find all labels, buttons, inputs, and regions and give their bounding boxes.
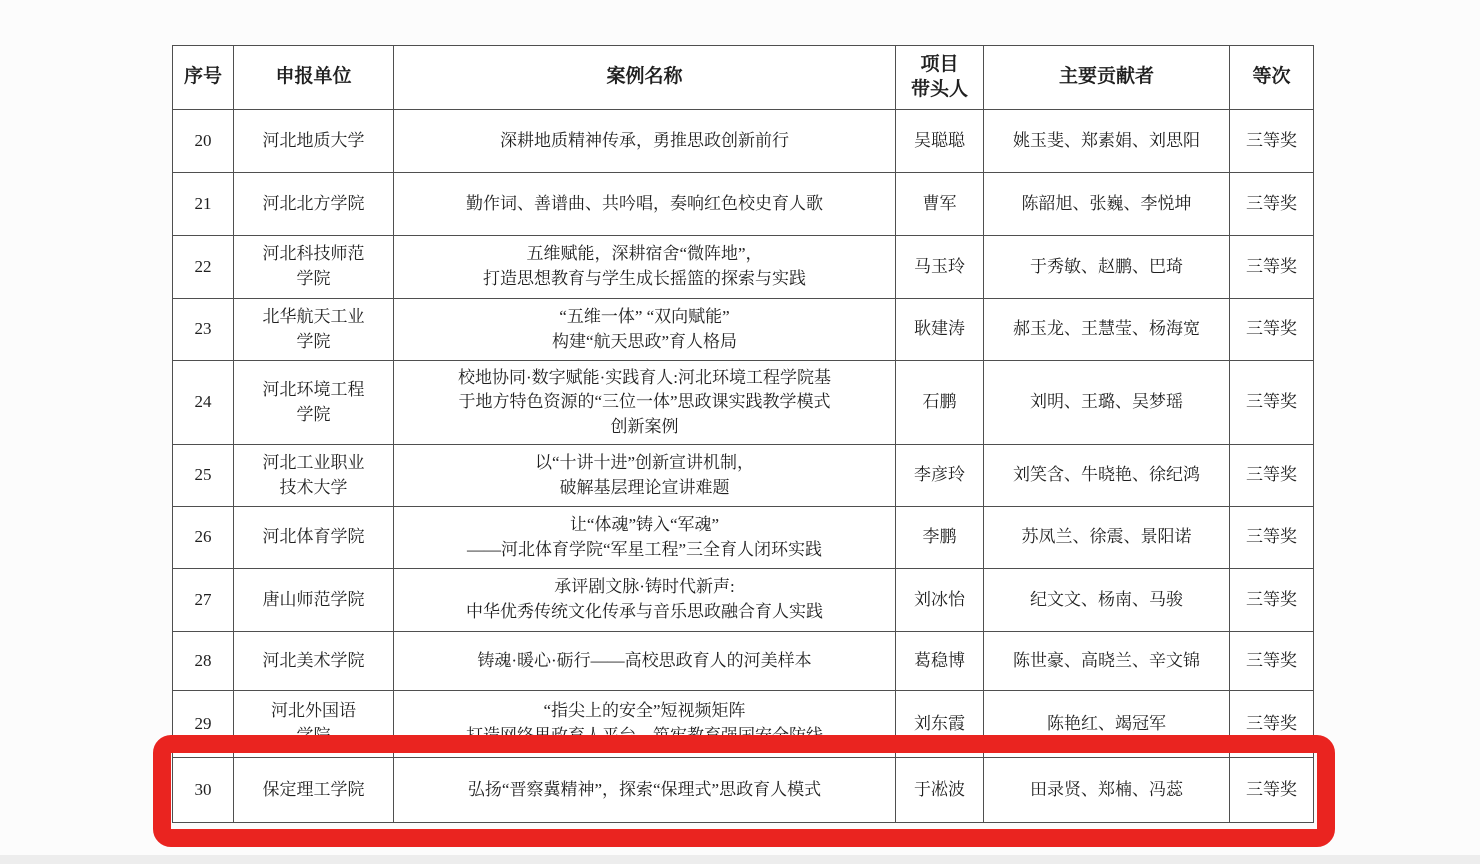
cell-no: 27 [173, 569, 234, 632]
cell-leader: 刘东霞 [896, 691, 984, 758]
cell-grade: 三等奖 [1230, 299, 1314, 361]
cell-unit: 河北体育学院 [234, 507, 394, 569]
cell-leader: 马玉玲 [896, 236, 984, 299]
cell-grade: 三等奖 [1230, 361, 1314, 445]
cell-contributors: 刘明、王璐、吴梦瑶 [984, 361, 1230, 445]
cell-leader: 李彦玲 [896, 445, 984, 507]
cell-case: 以“十讲十进”创新宣讲机制， 破解基层理论宣讲难题 [394, 445, 896, 507]
cell-no: 24 [173, 361, 234, 445]
cell-case: “指尖上的安全”短视频矩阵 打造网络思政育人平台，筑牢教育强国安全防线 [394, 691, 896, 758]
cell-unit: 河北地质大学 [234, 110, 394, 173]
cell-grade: 三等奖 [1230, 569, 1314, 632]
cell-grade: 三等奖 [1230, 632, 1314, 691]
cell-unit: 河北科技师范 学院 [234, 236, 394, 299]
table-row: 25 河北工业职业 技术大学 以“十讲十进”创新宣讲机制， 破解基层理论宣讲难题… [173, 445, 1314, 507]
cell-case: 弘扬“晋察冀精神”，探索“保理式”思政育人模式 [394, 758, 896, 823]
table-row: 22 河北科技师范 学院 五维赋能，深耕宿舍“微阵地”， 打造思想教育与学生成长… [173, 236, 1314, 299]
cell-leader: 吴聪聪 [896, 110, 984, 173]
cell-leader: 李鹏 [896, 507, 984, 569]
table-row: 28 河北美术学院 铸魂·暖心·砺行——高校思政育人的河美样本 葛稳博 陈世豪、… [173, 632, 1314, 691]
cell-unit: 河北美术学院 [234, 632, 394, 691]
cell-leader: 曹军 [896, 173, 984, 236]
awards-table-container: 序号 申报单位 案例名称 项目 带头人 主要贡献者 等次 20 河北地质大学 深… [172, 45, 1313, 823]
cell-leader: 于凇波 [896, 758, 984, 823]
cell-case: 勤作词、善谱曲、共吟唱，奏响红色校史育人歌 [394, 173, 896, 236]
cell-contributors: 于秀敏、赵鹏、巴琦 [984, 236, 1230, 299]
table-row: 21 河北北方学院 勤作词、善谱曲、共吟唱，奏响红色校史育人歌 曹军 陈韶旭、张… [173, 173, 1314, 236]
cell-contributors: 姚玉斐、郑素娟、刘思阳 [984, 110, 1230, 173]
cell-contributors: 刘笑含、牛晓艳、徐纪鸿 [984, 445, 1230, 507]
cell-no: 21 [173, 173, 234, 236]
cell-no: 30 [173, 758, 234, 823]
cell-unit: 河北环境工程 学院 [234, 361, 394, 445]
table-row: 24 河北环境工程 学院 校地协同·数字赋能·实践育人:河北环境工程学院基 于地… [173, 361, 1314, 445]
header-row: 序号 申报单位 案例名称 项目 带头人 主要贡献者 等次 [173, 46, 1314, 110]
cell-grade: 三等奖 [1230, 758, 1314, 823]
cell-no: 29 [173, 691, 234, 758]
cell-leader: 刘冰怡 [896, 569, 984, 632]
cell-case: 校地协同·数字赋能·实践育人:河北环境工程学院基 于地方特色资源的“三位一体”思… [394, 361, 896, 445]
table-row: 29 河北外国语 学院 “指尖上的安全”短视频矩阵 打造网络思政育人平台，筑牢教… [173, 691, 1314, 758]
cell-no: 20 [173, 110, 234, 173]
cell-unit: 河北北方学院 [234, 173, 394, 236]
col-header-contributors: 主要贡献者 [984, 46, 1230, 110]
cell-no: 25 [173, 445, 234, 507]
cell-contributors: 苏凤兰、徐震、景阳诺 [984, 507, 1230, 569]
table-row: 27 唐山师范学院 承评剧文脉·铸时代新声: 中华优秀传统文化传承与音乐思政融合… [173, 569, 1314, 632]
cell-unit: 北华航天工业 学院 [234, 299, 394, 361]
col-header-leader: 项目 带头人 [896, 46, 984, 110]
cell-leader: 耿建涛 [896, 299, 984, 361]
cell-unit: 河北工业职业 技术大学 [234, 445, 394, 507]
awards-table: 序号 申报单位 案例名称 项目 带头人 主要贡献者 等次 20 河北地质大学 深… [172, 45, 1314, 823]
cell-no: 28 [173, 632, 234, 691]
cell-contributors: 陈艳红、竭冠军 [984, 691, 1230, 758]
cell-case: 铸魂·暖心·砺行——高校思政育人的河美样本 [394, 632, 896, 691]
col-header-no: 序号 [173, 46, 234, 110]
cell-contributors: 郝玉龙、王慧莹、杨海宽 [984, 299, 1230, 361]
col-header-case: 案例名称 [394, 46, 896, 110]
table-row: 26 河北体育学院 让“体魂”铸入“军魂” ——河北体育学院“军星工程”三全育人… [173, 507, 1314, 569]
cell-leader: 石鹏 [896, 361, 984, 445]
cell-grade: 三等奖 [1230, 691, 1314, 758]
cell-grade: 三等奖 [1230, 445, 1314, 507]
cell-case: 深耕地质精神传承，勇推思政创新前行 [394, 110, 896, 173]
page-bottom-strip [0, 855, 1480, 864]
cell-contributors: 陈世豪、高晓兰、辛文锦 [984, 632, 1230, 691]
cell-contributors: 田录贤、郑楠、冯蕊 [984, 758, 1230, 823]
cell-unit: 唐山师范学院 [234, 569, 394, 632]
cell-no: 22 [173, 236, 234, 299]
cell-unit: 河北外国语 学院 [234, 691, 394, 758]
col-header-grade: 等次 [1230, 46, 1314, 110]
cell-contributors: 纪文文、杨南、马骏 [984, 569, 1230, 632]
cell-case: 承评剧文脉·铸时代新声: 中华优秀传统文化传承与音乐思政融合育人实践 [394, 569, 896, 632]
cell-grade: 三等奖 [1230, 236, 1314, 299]
cell-leader: 葛稳博 [896, 632, 984, 691]
cell-no: 26 [173, 507, 234, 569]
cell-contributors: 陈韶旭、张巍、李悦坤 [984, 173, 1230, 236]
table-row: 20 河北地质大学 深耕地质精神传承，勇推思政创新前行 吴聪聪 姚玉斐、郑素娟、… [173, 110, 1314, 173]
cell-grade: 三等奖 [1230, 110, 1314, 173]
cell-unit: 保定理工学院 [234, 758, 394, 823]
cell-grade: 三等奖 [1230, 507, 1314, 569]
table-row: 23 北华航天工业 学院 “五维一体” “双向赋能” 构建“航天思政”育人格局 … [173, 299, 1314, 361]
cell-grade: 三等奖 [1230, 173, 1314, 236]
cell-no: 23 [173, 299, 234, 361]
table-row-highlighted: 30 保定理工学院 弘扬“晋察冀精神”，探索“保理式”思政育人模式 于凇波 田录… [173, 758, 1314, 823]
cell-case: 五维赋能，深耕宿舍“微阵地”， 打造思想教育与学生成长摇篮的探索与实践 [394, 236, 896, 299]
cell-case: “五维一体” “双向赋能” 构建“航天思政”育人格局 [394, 299, 896, 361]
col-header-unit: 申报单位 [234, 46, 394, 110]
cell-case: 让“体魂”铸入“军魂” ——河北体育学院“军星工程”三全育人闭环实践 [394, 507, 896, 569]
